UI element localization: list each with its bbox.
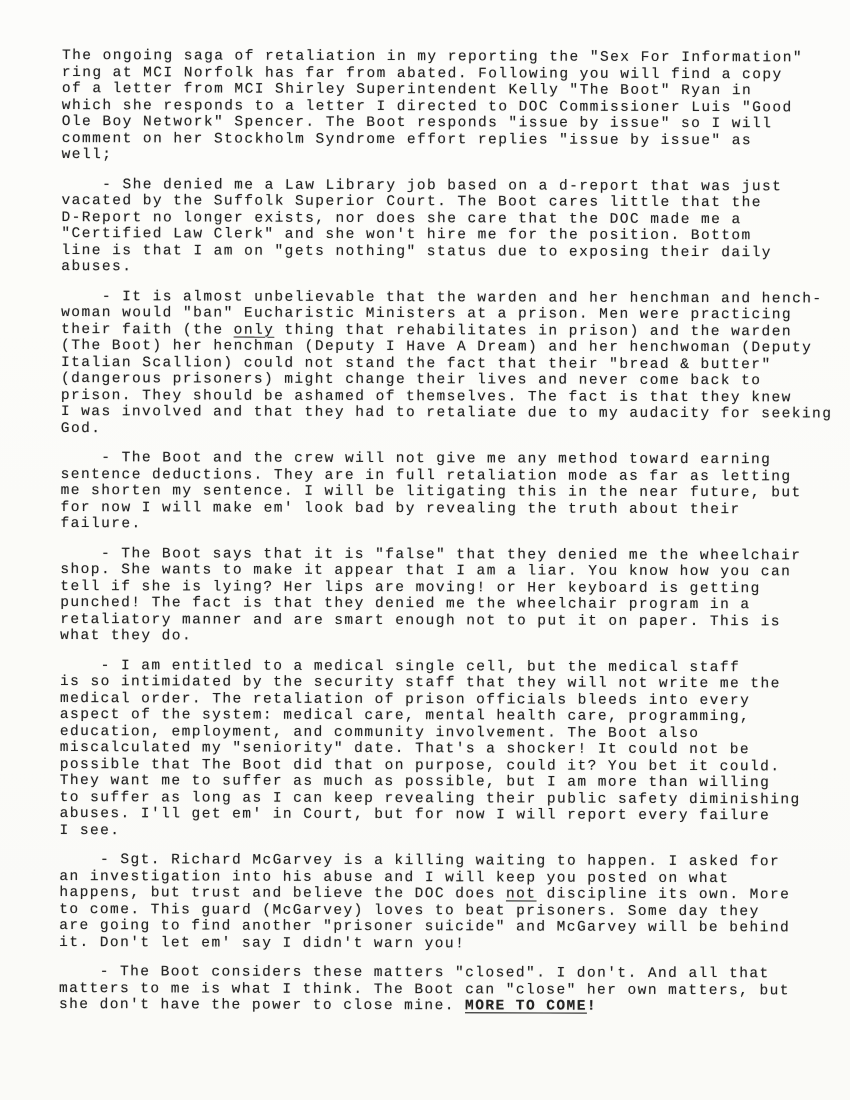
paragraph: - Sgt. Richard McGarvey is a killing wai… xyxy=(59,852,834,953)
text-line: God. xyxy=(61,420,836,439)
text-segment: punched! The fact is that they denied me… xyxy=(60,595,750,613)
text-line: what they do. xyxy=(60,628,835,647)
text-segment: medical order. The retaliation of prison… xyxy=(60,690,750,708)
document-body: The ongoing saga of retaliation in my re… xyxy=(59,48,837,1016)
text-segment: line is that I am on "gets nothing" stat… xyxy=(61,242,772,260)
text-segment: (The Boot) her henchman (Deputy I Have A… xyxy=(61,338,812,356)
paragraph: - I am entitled to a medical single cell… xyxy=(60,657,836,841)
paragraph: The ongoing saga of retaliation in my re… xyxy=(62,48,837,166)
text-segment: shop. She wants to make it appear that I… xyxy=(60,562,791,580)
text-segment: prison. They should be ashamed of themse… xyxy=(61,387,792,405)
text-segment: thing that rehabilitates in prison) and … xyxy=(274,322,792,340)
text-segment: "Certified Law Clerk" and she won't hire… xyxy=(61,226,751,244)
text-segment: what they do. xyxy=(60,628,192,644)
text-segment: education, employment, and community inv… xyxy=(60,723,700,741)
text-segment: - The Boot considers these matters "clos… xyxy=(59,964,770,982)
underlined-text: MORE TO COME xyxy=(465,998,587,1014)
text-segment: an investigation into his abuse and I wi… xyxy=(59,868,729,886)
text-segment: miscalculated my "seniority" date. That'… xyxy=(60,740,750,758)
text-segment: D-Report no longer exists, nor does she … xyxy=(61,209,741,227)
text-segment: I see. xyxy=(60,822,121,838)
paragraph: - The Boot considers these matters "clos… xyxy=(59,964,834,1016)
text-segment: ! xyxy=(587,999,597,1015)
text-line: it. Don't let em' say I didn't warn you! xyxy=(59,934,834,953)
scanned-letter-page: The ongoing saga of retaliation in my re… xyxy=(0,0,850,1100)
paragraph: - She denied me a Law Library job based … xyxy=(61,176,836,277)
text-segment: it. Don't let em' say I didn't warn you! xyxy=(59,934,465,951)
text-segment: - The Boot says that it is "false" that … xyxy=(60,545,801,563)
text-segment: well; xyxy=(62,147,113,163)
paragraph: - It is almost unbelievable that the war… xyxy=(61,288,836,439)
text-segment: abuses. I'll get em' in Court, but for n… xyxy=(60,806,771,824)
paragraph: - The Boot says that it is "false" that … xyxy=(60,545,835,646)
text-segment: - The Boot and the crew will not give me… xyxy=(61,450,772,468)
text-segment: comment on her Stockholm Syndrome effort… xyxy=(62,130,752,148)
text-segment: to come. This guard (McGarvey) loves to … xyxy=(59,901,759,919)
text-line: I was involved and that they had to reta… xyxy=(61,404,836,423)
text-segment: she don't have the power to close mine. xyxy=(59,997,465,1014)
text-segment: discipline its own. More xyxy=(536,886,790,903)
text-segment: tell if she is lying? Her lips are movin… xyxy=(60,578,760,596)
text-segment: Italian Scallion) could not stand the fa… xyxy=(61,354,772,372)
text-segment: I was involved and that they had to reta… xyxy=(61,404,833,422)
text-segment: for now I will make em' look bad by reve… xyxy=(61,499,741,517)
text-line: failure. xyxy=(60,516,835,535)
underlined-text: only xyxy=(234,322,275,338)
text-segment: vacated by the Suffolk Superior Court. T… xyxy=(61,193,761,211)
text-segment: are going to find another "prisoner suic… xyxy=(59,918,790,936)
text-segment: - Sgt. Richard McGarvey is a killing wai… xyxy=(59,852,780,870)
text-segment: - It is almost unbelievable that the war… xyxy=(61,288,822,306)
text-segment: to suffer as long as I can keep revealin… xyxy=(60,789,801,807)
text-segment: abuses. xyxy=(61,259,132,275)
text-line: abuses. I'll get em' in Court, but for n… xyxy=(60,806,835,825)
text-segment: which she responds to a letter I directe… xyxy=(62,97,793,115)
text-line: comment on her Stockholm Syndrome effort… xyxy=(62,130,837,149)
text-segment: (dangerous prisoners) might change their… xyxy=(61,371,761,389)
text-line: she don't have the power to close mine. … xyxy=(59,997,834,1016)
text-segment: matters to me is what I think. The Boot … xyxy=(59,980,790,998)
paragraph: - The Boot and the crew will not give me… xyxy=(60,450,835,535)
text-segment: woman would "ban" Eucharistic Ministers … xyxy=(61,305,792,323)
text-segment: of a letter from MCI Shirley Superintend… xyxy=(62,81,752,99)
text-segment: happens, but trust and believe the DOC d… xyxy=(59,885,506,902)
text-line: for now I will make em' look bad by reve… xyxy=(61,499,836,518)
text-segment: possible that The Boot did that on purpo… xyxy=(60,756,781,774)
text-line: well; xyxy=(62,147,837,166)
text-segment: sentence deductions. They are in full re… xyxy=(61,466,792,484)
text-segment: - I am entitled to a medical single cell… xyxy=(60,657,740,675)
text-segment: retaliatory manner and are smart enough … xyxy=(60,611,781,629)
text-line: abuses. xyxy=(61,259,836,278)
text-segment: aspect of the system: medical care, ment… xyxy=(60,707,750,725)
text-segment: failure. xyxy=(60,516,141,532)
text-segment: The ongoing saga of retaliation in my re… xyxy=(62,48,803,66)
underlined-text: not xyxy=(506,886,537,902)
text-segment: - She denied me a Law Library job based … xyxy=(62,176,783,194)
text-segment: They want me to suffer as much as possib… xyxy=(60,773,771,791)
text-segment: is so intimidated by the security staff … xyxy=(60,674,781,692)
text-segment: Ole Boy Network" Spencer. The Boot respo… xyxy=(62,114,773,132)
text-segment: God. xyxy=(61,420,102,436)
text-segment: ring at MCI Norfolk has far from abated.… xyxy=(62,64,783,82)
text-segment: their faith (the xyxy=(61,321,234,338)
text-line: line is that I am on "gets nothing" stat… xyxy=(61,242,836,261)
text-segment: me shorten my sentence. I will be litiga… xyxy=(61,483,802,501)
text-line: I see. xyxy=(60,822,835,841)
